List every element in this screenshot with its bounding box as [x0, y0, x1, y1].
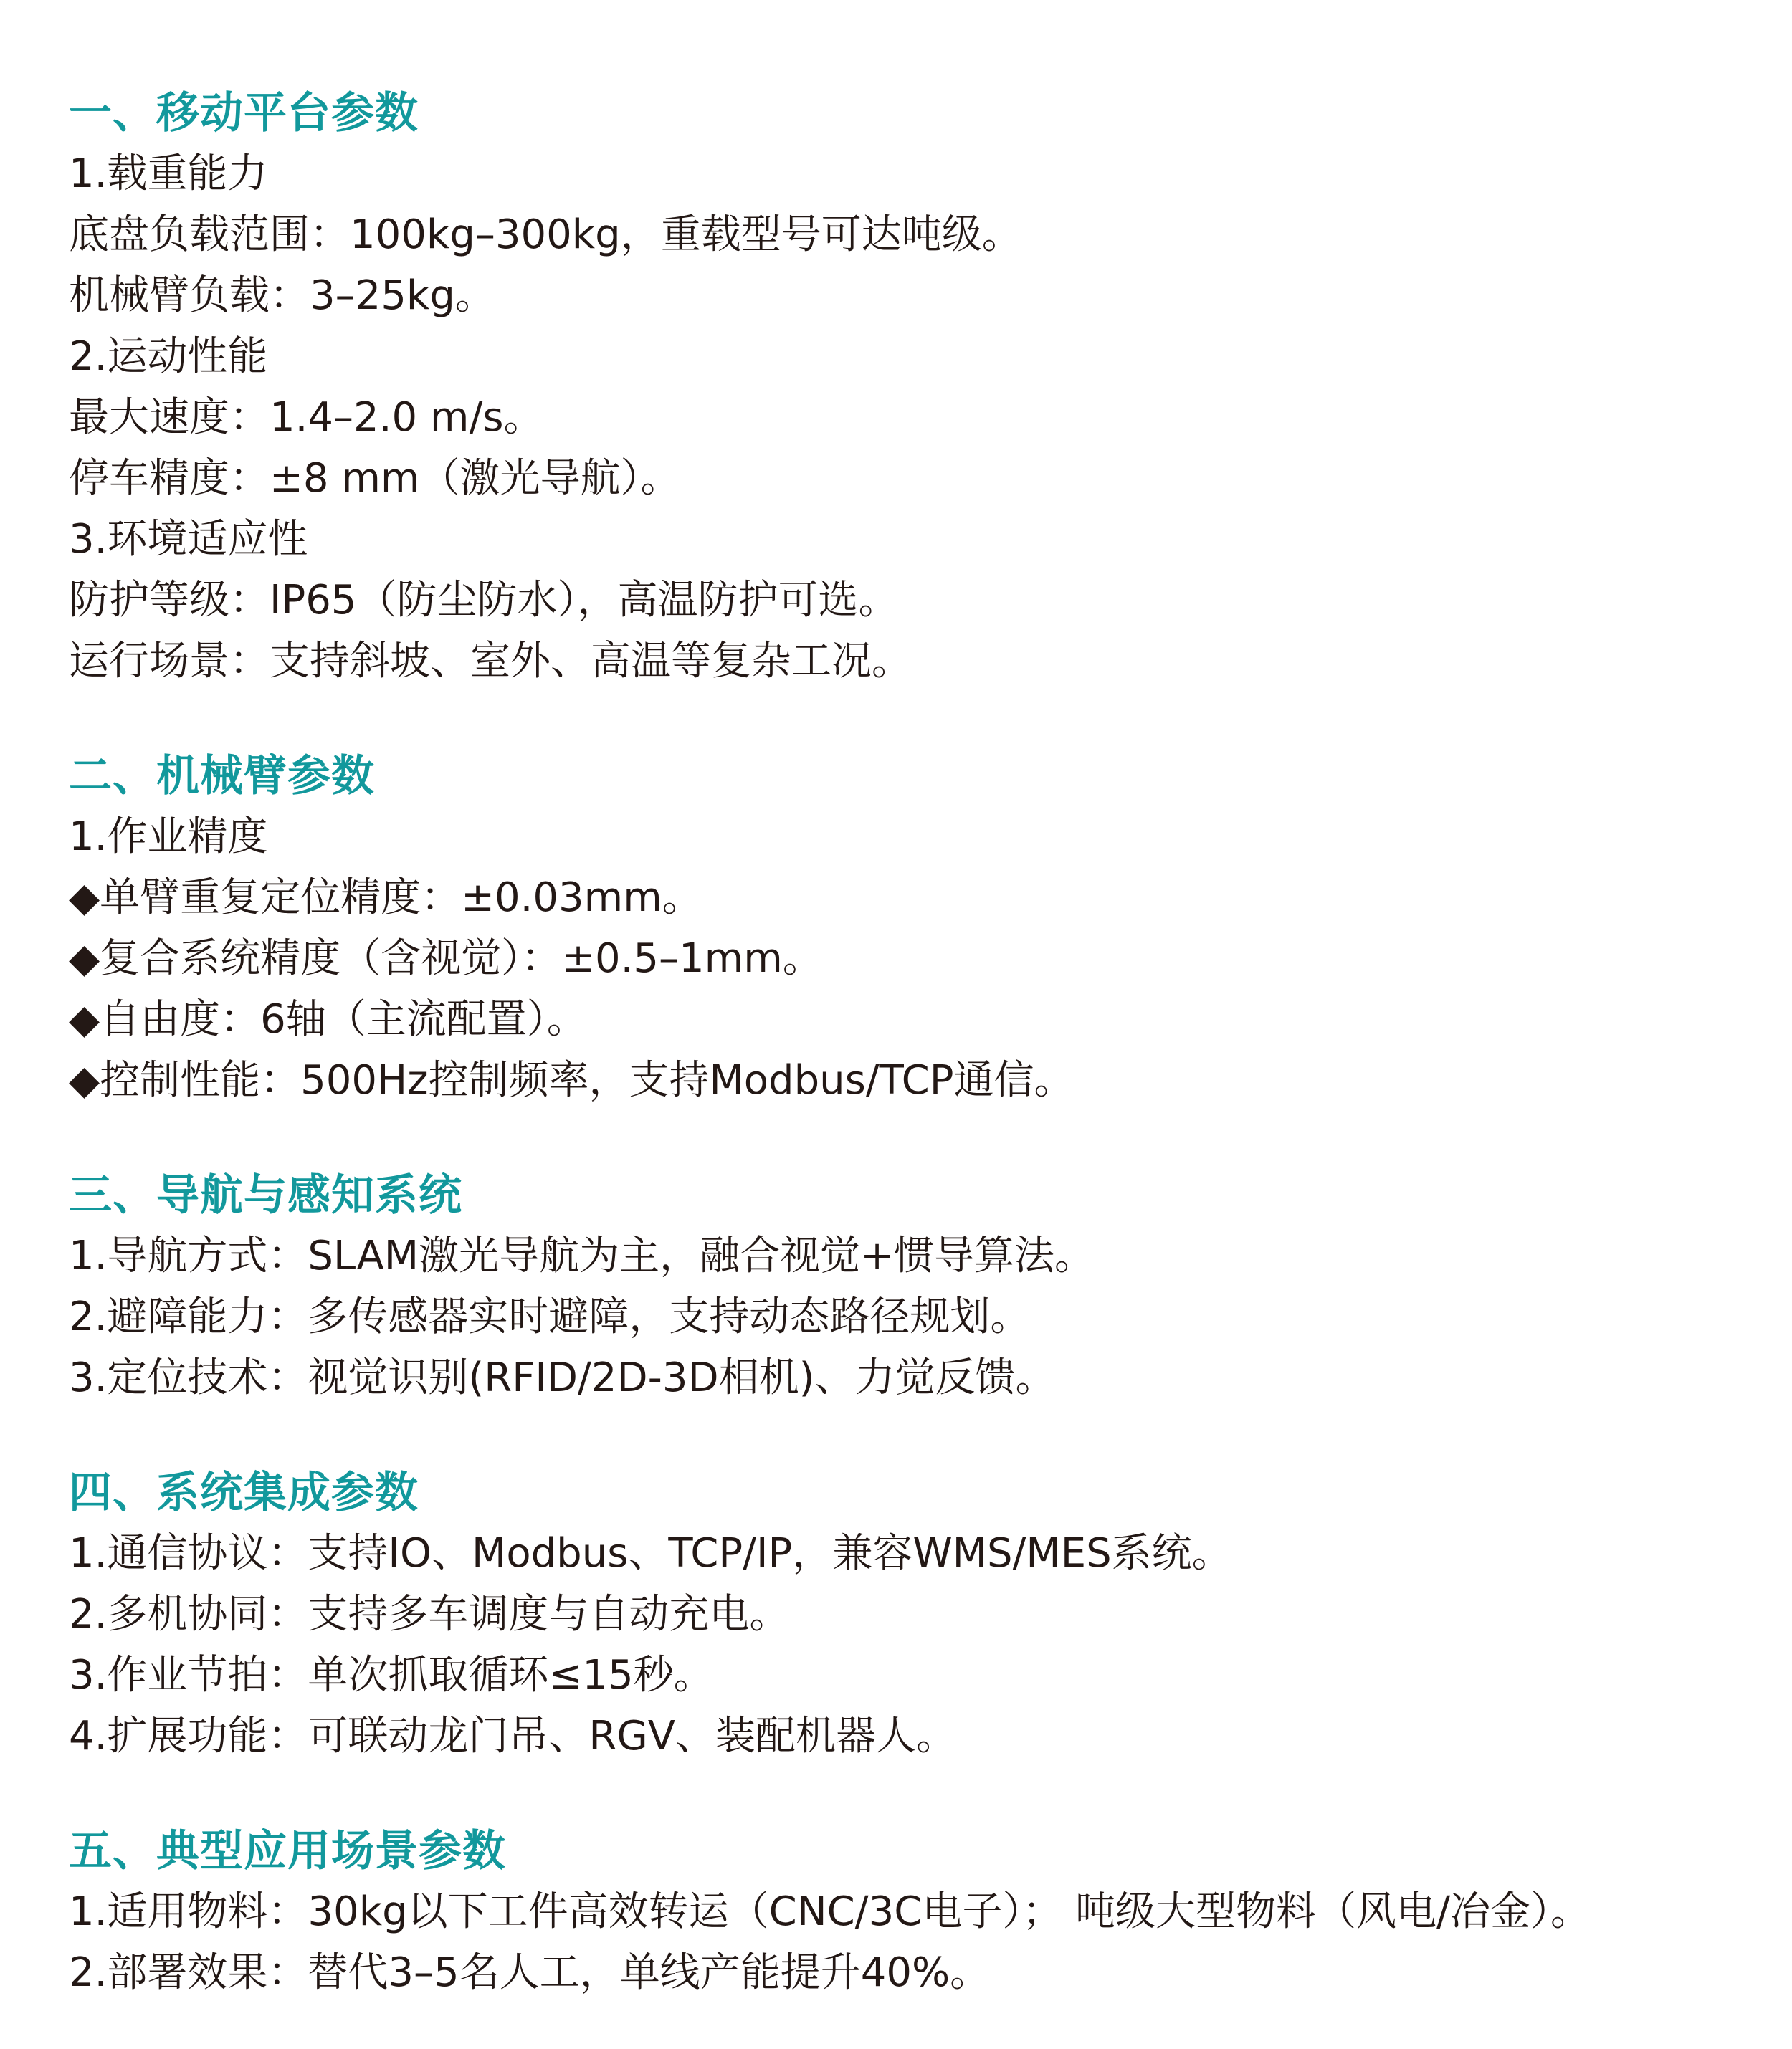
- spec-line: 1.载重能力: [69, 140, 1749, 201]
- spec-document: 一、移动平台参数 1.载重能力 底盘负载范围：100kg–300kg，重载型号可…: [0, 0, 1792, 2000]
- spec-line: ◆单臂重复定位精度：±0.03mm。: [69, 864, 1749, 925]
- spec-line: 运行场景：支持斜坡、室外、高温等复杂工况。: [69, 627, 1749, 688]
- section-heading-1: 一、移动平台参数: [69, 79, 1749, 140]
- spec-line: 1.通信协议：支持IO、Modbus、TCP/IP，兼容WMS/MES系统。: [69, 1519, 1749, 1580]
- spec-line: 2.多机协同：支持多车调度与自动充电。: [69, 1580, 1749, 1641]
- section-robot-arm: 二、机械臂参数 1.作业精度 ◆单臂重复定位精度：±0.03mm。 ◆复合系统精…: [69, 742, 1749, 1107]
- spec-line: 机械臂负载：3–25kg。: [69, 262, 1749, 323]
- spec-line: ◆自由度：6轴（主流配置）。: [69, 985, 1749, 1046]
- section-navigation-perception: 三、导航与感知系统 1.导航方式：SLAM激光导航为主，融合视觉+惯导算法。 2…: [69, 1161, 1749, 1405]
- spec-line: 1.适用物料：30kg以下工件高效转运（CNC/3C电子）； 吨级大型物料（风电…: [69, 1878, 1749, 1939]
- spec-line: 最大速度：1.4–2.0 m/s。: [69, 383, 1749, 444]
- spec-line: 停车精度：±8 mm（激光导航）。: [69, 444, 1749, 505]
- section-heading-5: 五、典型应用场景参数: [69, 1817, 1749, 1878]
- spec-line: 2.避障能力：多传感器实时避障，支持动态路径规划。: [69, 1283, 1749, 1344]
- spec-line: 3.作业节拍：单次抓取循环≤15秒。: [69, 1641, 1749, 1702]
- section-typical-applications: 五、典型应用场景参数 1.适用物料：30kg以下工件高效转运（CNC/3C电子）…: [69, 1817, 1749, 2000]
- spec-line: ◆控制性能：500Hz控制频率，支持Modbus/TCP通信。: [69, 1046, 1749, 1107]
- spec-line: 2.运动性能: [69, 323, 1749, 383]
- spec-line: 防护等级：IP65（防尘防水），高温防护可选。: [69, 566, 1749, 627]
- section-heading-4: 四、系统集成参数: [69, 1458, 1749, 1519]
- section-heading-2: 二、机械臂参数: [69, 742, 1749, 803]
- spec-line: 底盘负载范围：100kg–300kg，重载型号可达吨级。: [69, 201, 1749, 262]
- spec-line: 3.环境适应性: [69, 505, 1749, 566]
- section-system-integration: 四、系统集成参数 1.通信协议：支持IO、Modbus、TCP/IP，兼容WMS…: [69, 1458, 1749, 1763]
- spec-line: ◆复合系统精度（含视觉）：±0.5–1mm。: [69, 925, 1749, 985]
- spec-line: 1.作业精度: [69, 803, 1749, 864]
- spec-line: 3.定位技术：视觉识别(RFID/2D-3D相机)、力觉反馈。: [69, 1344, 1749, 1405]
- section-mobile-platform: 一、移动平台参数 1.载重能力 底盘负载范围：100kg–300kg，重载型号可…: [69, 79, 1749, 688]
- section-heading-3: 三、导航与感知系统: [69, 1161, 1749, 1222]
- spec-line: 1.导航方式：SLAM激光导航为主，融合视觉+惯导算法。: [69, 1222, 1749, 1283]
- spec-line: 2.部署效果：替代3–5名人工，单线产能提升40%。: [69, 1939, 1749, 2000]
- spec-line: 4.扩展功能：可联动龙门吊、RGV、装配机器人。: [69, 1702, 1749, 1763]
